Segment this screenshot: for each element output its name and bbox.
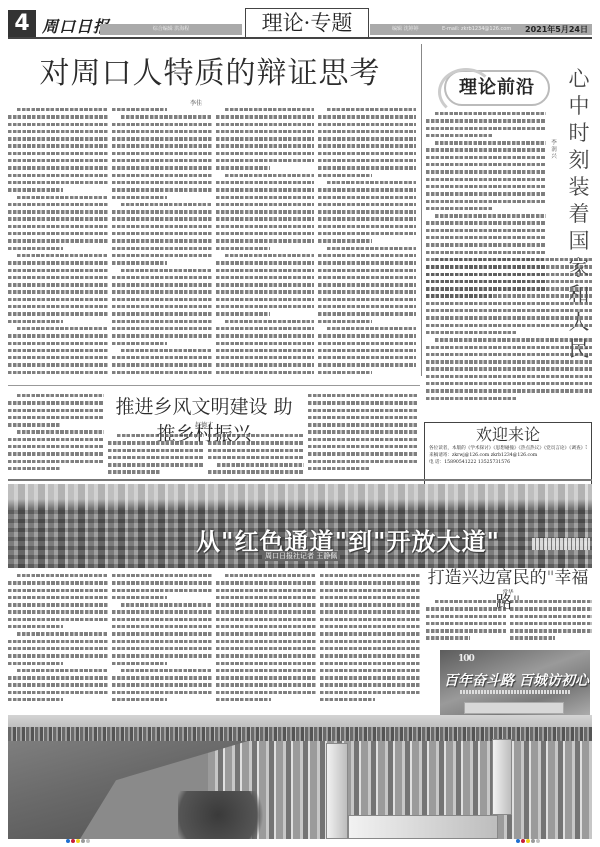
- ad-subtitle: [460, 690, 570, 694]
- email-credit: E-mail: zkrb1234@126.com: [442, 24, 511, 35]
- article2-body-text: [8, 392, 104, 472]
- masthead-rule: [8, 37, 592, 39]
- section-divider: [8, 385, 420, 386]
- feature-headline: 从"红色通道"到"开放大道": [196, 522, 500, 557]
- issue-date: 2021年5月24日: [525, 24, 588, 35]
- submission-emails: 来稿请寄：zkrwj@126.com zkrb1234@126.com: [429, 452, 587, 459]
- feature-body-text: [216, 572, 316, 703]
- photo-tower-left: [326, 743, 348, 839]
- section-title: 理论·专题: [245, 8, 369, 38]
- masthead-right-bar: 编辑 沈婷婷 E-mail: zkrb1234@126.com 2021年5月2…: [370, 24, 592, 35]
- feature-body-text: [320, 572, 420, 703]
- feature-column-2: [112, 572, 212, 710]
- article2-byline: 赵德才: [106, 420, 302, 429]
- article1-body-text: [112, 106, 212, 376]
- city-river-photo: [8, 715, 592, 839]
- article3-byline: 常华: [424, 588, 592, 596]
- article3-body-text: [426, 598, 506, 642]
- feature-body-text: [112, 572, 212, 703]
- photo-low-building: [348, 815, 498, 839]
- photo-caption: [532, 538, 590, 550]
- editor-credit: 编辑 沈婷婷: [392, 24, 419, 35]
- feature-byline: 周口日报社记者 王静佩: [262, 551, 340, 561]
- frontier-column-logo: 理论前沿: [444, 70, 550, 106]
- article3-body-text: [510, 598, 592, 642]
- centenary-logo: 100: [458, 654, 474, 664]
- article2-body-text: [108, 432, 204, 476]
- masthead-left-bar: 综合编辑 洪海程: [100, 24, 242, 35]
- article2-body-text: [208, 432, 304, 476]
- section-rule: [8, 479, 592, 481]
- frontier-column-text-wide: [426, 256, 592, 416]
- frontier-body-text: [426, 256, 592, 402]
- centenary-ad-banner: 100 百年奋斗路 百城访初心: [440, 650, 590, 718]
- article2-column-1: [8, 392, 104, 476]
- article2-column-4: [308, 392, 418, 476]
- article1-column-2: [112, 106, 212, 376]
- article1-headline: 对周口人特质的辩证思考: [0, 48, 420, 92]
- article1-column-1: [8, 106, 108, 376]
- article1-column-3: [216, 106, 314, 376]
- photo-trees: [178, 791, 278, 839]
- article1-body-text: [318, 106, 416, 376]
- masthead: 4 周口日报 综合编辑 洪海程 理论·专题 编辑 沈婷婷 E-mail: zkr…: [8, 6, 592, 38]
- article3-column-1: [426, 598, 506, 644]
- contact-phones: 电 话：15890541222 13525731576: [429, 459, 587, 466]
- article1-body-text: [216, 106, 314, 376]
- article3-column-2: [510, 598, 592, 644]
- registration-marks-left: [66, 839, 90, 844]
- call-for-papers-text: 各位读者，本版的《学术探讨》《思想碰撞》《热点热议》《党员言论》《调查》等栏目长…: [429, 445, 587, 452]
- frontier-byline: 李润兴: [550, 140, 558, 161]
- article2-body-text: [308, 392, 418, 472]
- article2-column-2: [108, 432, 204, 476]
- article1-body-text: [8, 106, 108, 376]
- page-number: 4: [8, 10, 36, 38]
- call-for-papers-title: 欢迎来论: [429, 425, 587, 445]
- ad-headline: 百年奋斗路 百城访初心: [444, 670, 589, 690]
- feature-column-4: [320, 572, 420, 710]
- article1-column-4: [318, 106, 416, 376]
- article2-column-3: [208, 432, 304, 476]
- registration-marks-right: [516, 839, 540, 844]
- feature-column-1: [8, 572, 108, 710]
- column-divider: [421, 44, 422, 376]
- ad-info-strip: [464, 702, 564, 714]
- photo-tower-right: [492, 739, 512, 815]
- feature-body-text: [8, 572, 108, 703]
- feature-column-3: [216, 572, 316, 710]
